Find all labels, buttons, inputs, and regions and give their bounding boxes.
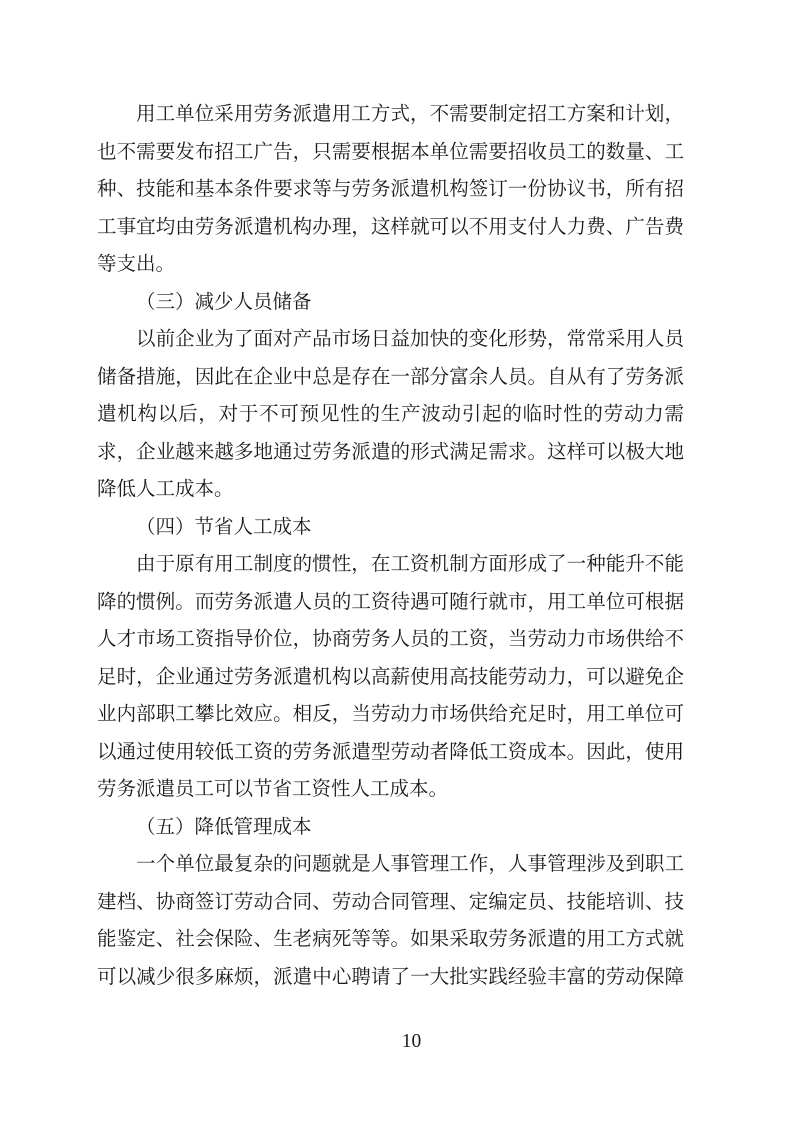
text-line: 降的惯例。而劳务派遣人员的工资待遇可随行就市，用工单位可根据 [97, 584, 684, 622]
text-line: （五）降低管理成本 [97, 809, 684, 847]
page-body: 用工单位采用劳务派遣用工方式，不需要制定招工方案和计划，也不需要发布招工广告，只… [97, 96, 684, 996]
text-line: （四）节省人工成本 [97, 509, 684, 547]
text-line: 等支出。 [97, 246, 684, 284]
page-footer: 10 [0, 1031, 793, 1053]
text-line: 种、技能和基本条件要求等与劳务派遣机构签订一份协议书，所有招 [97, 171, 684, 209]
text-line: 求，企业越来越多地通过劳务派遣的形式满足需求。这样可以极大地 [97, 434, 684, 472]
text-line: 劳务派遣员工可以节省工资性人工成本。 [97, 771, 684, 809]
text-line: 降低人工成本。 [97, 471, 684, 509]
text-line: 能鉴定、社会保险、生老病死等等。如果采取劳务派遣的用工方式就 [97, 921, 684, 959]
paragraph-management-cost: 一个单位最复杂的问题就是人事管理工作，人事管理涉及到职工建档、协商签订劳动合同、… [97, 846, 684, 996]
paragraph-recruitment-savings: 用工单位采用劳务派遣用工方式，不需要制定招工方案和计划，也不需要发布招工广告，只… [97, 96, 684, 284]
text-line: 也不需要发布招工广告，只需要根据本单位需要招收员工的数量、工 [97, 134, 684, 172]
text-line: 足时，企业通过劳务派遣机构以高薪使用高技能劳动力，可以避免企 [97, 659, 684, 697]
text-line: 人才市场工资指导价位，协商劳务人员的工资，当劳动力市场供给不 [97, 621, 684, 659]
text-line: 以前企业为了面对产品市场日益加快的变化形势，常常采用人员 [97, 321, 684, 359]
text-line: （三）减少人员储备 [97, 284, 684, 322]
text-line: 以通过使用较低工资的劳务派遣型劳动者降低工资成本。因此，使用 [97, 734, 684, 772]
heading-section-5: （五）降低管理成本 [97, 809, 684, 847]
text-line: 工事宜均由劳务派遣机构办理，这样就可以不用支付人力费、广告费 [97, 209, 684, 247]
text-line: 可以减少很多麻烦，派遣中心聘请了一大批实践经验丰富的劳动保障 [97, 959, 684, 997]
text-line: 储备措施，因此在企业中总是存在一部分富余人员。自从有了劳务派 [97, 359, 684, 397]
document-page: 用工单位采用劳务派遣用工方式，不需要制定招工方案和计划，也不需要发布招工广告，只… [0, 0, 793, 1122]
page-number: 10 [402, 1031, 422, 1052]
heading-section-4: （四）节省人工成本 [97, 509, 684, 547]
text-line: 遣机构以后，对于不可预见性的生产波动引起的临时性的劳动力需 [97, 396, 684, 434]
text-line: 一个单位最复杂的问题就是人事管理工作，人事管理涉及到职工 [97, 846, 684, 884]
paragraph-labor-cost-savings: 由于原有用工制度的惯性，在工资机制方面形成了一种能升不能降的惯例。而劳务派遣人员… [97, 546, 684, 809]
text-line: 业内部职工攀比效应。相反，当劳动力市场供给充足时，用工单位可 [97, 696, 684, 734]
paragraph-staff-reserve: 以前企业为了面对产品市场日益加快的变化形势，常常采用人员储备措施，因此在企业中总… [97, 321, 684, 509]
text-line: 用工单位采用劳务派遣用工方式，不需要制定招工方案和计划， [97, 96, 684, 134]
text-line: 建档、协商签订劳动合同、劳动合同管理、定编定员、技能培训、技 [97, 884, 684, 922]
text-line: 由于原有用工制度的惯性，在工资机制方面形成了一种能升不能 [97, 546, 684, 584]
heading-section-3: （三）减少人员储备 [97, 284, 684, 322]
